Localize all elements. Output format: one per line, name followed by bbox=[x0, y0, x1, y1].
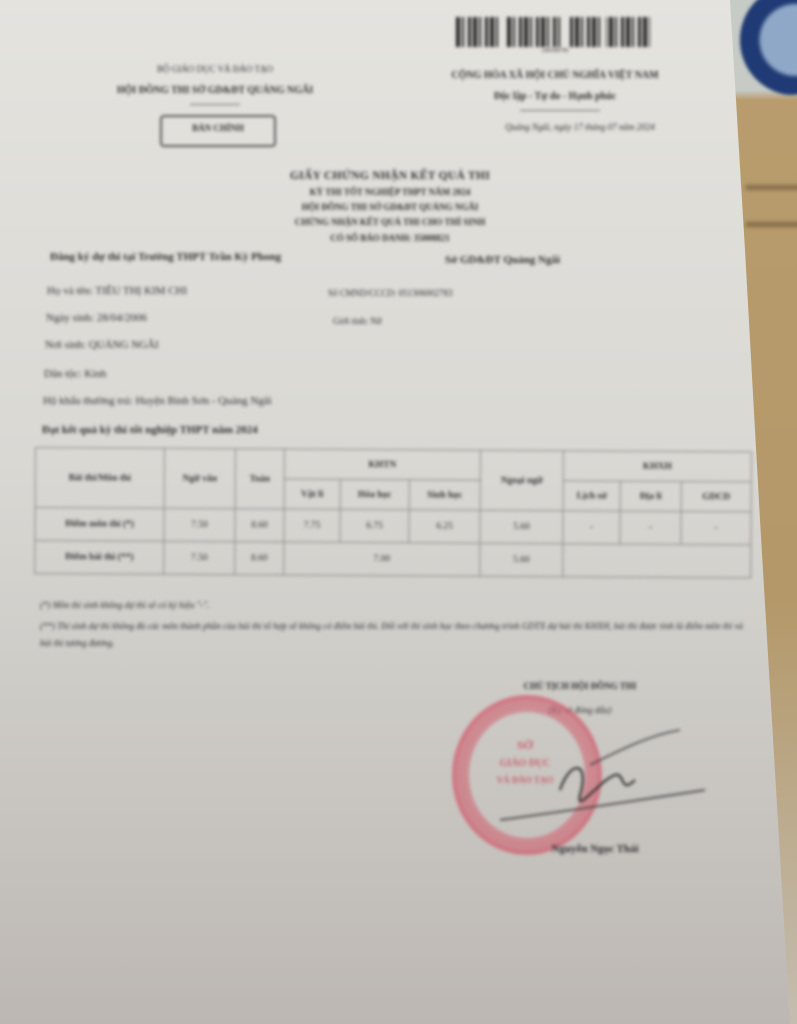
council-name: HỘI ĐỒNG THI SỞ GD&ĐT QUẢNG NGÃI bbox=[55, 85, 375, 96]
divider bbox=[520, 110, 600, 111]
certification-line: CHỨNG NHẬN KẾT QUẢ THI CHO THÍ SINH bbox=[200, 217, 580, 227]
birthplace-field: Nơi sinh: QUẢNG NGÃI bbox=[45, 339, 159, 351]
background-stripe bbox=[745, 222, 797, 227]
history-score: - bbox=[563, 511, 620, 544]
math-score: 8.60 bbox=[235, 509, 284, 542]
civics-score: - bbox=[681, 511, 751, 544]
residence-value: Huyện Bình Sơn - Quảng Ngãi bbox=[135, 395, 271, 407]
header-subject: Bài thi/Môn thi bbox=[35, 448, 164, 509]
header-chemistry: Hóa học bbox=[340, 479, 409, 509]
note-1: (*) Môn thí sinh không dự thi sẽ có ký h… bbox=[40, 600, 209, 610]
header-khxh: KHXH bbox=[563, 451, 751, 482]
registration-authority: Sở GD&ĐT Quảng Ngãi bbox=[445, 254, 560, 266]
note-2: (**) Thí sinh dự thi không đủ các môn th… bbox=[40, 618, 752, 652]
ethnicity-label: Dân tộc: bbox=[44, 368, 82, 380]
background-stripe bbox=[745, 185, 797, 190]
candidate-id-label: Số CMND/CCCD: bbox=[328, 288, 396, 298]
physics-score: 7.75 bbox=[284, 509, 340, 542]
gender-value: Nữ bbox=[370, 316, 381, 326]
handwritten-signature bbox=[440, 720, 720, 840]
nation-name: CỘNG HÒA XÃ HỘI CHỦ NGHĨA VIỆT NAM bbox=[395, 70, 715, 81]
signer-name: Nguyễn Ngọc Thái bbox=[510, 843, 680, 855]
barcode bbox=[456, 17, 650, 47]
exam-name: KỲ THI TỐT NGHIỆP THPT NĂM 2024 bbox=[220, 187, 560, 197]
gender-field: Giới tính: Nữ bbox=[333, 316, 382, 326]
certificate-paper: BỘ GIÁO DỤC VÀ ĐÀO TẠO HỘI ĐỒNG THI SỞ G… bbox=[0, 0, 797, 1024]
header-literature: Ngữ văn bbox=[164, 448, 235, 508]
math-score: 8.60 bbox=[235, 542, 284, 575]
candidate-id-value: 051306002783 bbox=[399, 288, 453, 298]
barcode-caption: 240508796 bbox=[500, 48, 610, 54]
foreign-language-score: 5.60 bbox=[480, 543, 563, 577]
residence-field: Hộ khẩu thường trú: Huyện Bình Sơn - Quả… bbox=[43, 395, 272, 407]
dob-label: Ngày sinh: bbox=[46, 312, 94, 324]
table-row: Điểm môn thi (*) 7.50 8.60 7.75 6.75 6.2… bbox=[35, 508, 751, 545]
dob-value: 28/04/2006 bbox=[97, 312, 147, 324]
khxh-combined-score bbox=[563, 544, 751, 578]
signer-title: CHỦ TỊCH HỘI ĐỒNG THI bbox=[460, 681, 700, 691]
certificate-title: GIẤY CHỨNG NHẬN KẾT QUẢ THI bbox=[220, 170, 560, 182]
results-heading: Đạt kết quả kỳ thi tốt nghiệp THPT năm 2… bbox=[42, 424, 258, 436]
biology-score: 6.25 bbox=[409, 510, 480, 543]
chemistry-score: 6.75 bbox=[340, 509, 409, 542]
header-math: Toán bbox=[235, 449, 284, 509]
candidate-number-line: CÓ SỐ BÁO DANH: 35008821 bbox=[230, 233, 550, 243]
copy-label: BẢN CHÍNH bbox=[160, 123, 276, 133]
foreign-language-score: 5.60 bbox=[480, 510, 563, 544]
ethnicity-value: Kinh bbox=[84, 368, 106, 380]
header-biology: Sinh học bbox=[409, 480, 480, 510]
candidate-name-label: Họ và tên: bbox=[47, 285, 93, 297]
header-history: Lịch sử bbox=[563, 481, 620, 511]
candidate-id-field: Số CMND/CCCD: 051306002783 bbox=[328, 288, 453, 298]
note-2-text: (**) Thí sinh dự thi không đủ các môn th… bbox=[40, 621, 743, 648]
header-physics: Vật lí bbox=[284, 479, 340, 509]
divider bbox=[190, 104, 240, 105]
national-motto: Độc lập - Tự do - Hạnh phúc bbox=[430, 91, 680, 102]
gender-label: Giới tính: bbox=[333, 316, 368, 326]
residence-label: Hộ khẩu thường trú: bbox=[43, 395, 133, 407]
header-khtn: KHTN bbox=[284, 449, 480, 480]
dob-field: Ngày sinh: 28/04/2006 bbox=[46, 312, 147, 324]
khtn-combined-score: 7.00 bbox=[284, 542, 480, 576]
ethnicity-field: Dân tộc: Kinh bbox=[44, 368, 106, 380]
score-table: Bài thi/Môn thi Ngữ văn Toán KHTN Ngoại … bbox=[34, 447, 752, 578]
birthplace-value: QUẢNG NGÃI bbox=[89, 339, 159, 351]
note-2-end: tương đương. bbox=[66, 638, 115, 648]
candidate-name-field: Họ và tên: TIÊU THỊ KIM CHI bbox=[47, 285, 187, 297]
registration-school: Đăng ký dự thi tại Trường THPT Trần Kỳ P… bbox=[50, 251, 281, 263]
literature-score: 7.50 bbox=[164, 508, 235, 541]
place-date: Quảng Ngãi, ngày 17 tháng 07 năm 2024 bbox=[440, 122, 720, 132]
geography-score: - bbox=[620, 511, 681, 544]
row-label: Điểm bài thi (**) bbox=[35, 541, 164, 575]
header-geography: Địa lí bbox=[620, 481, 681, 511]
header-foreign-language: Ngoại ngữ bbox=[480, 450, 563, 511]
ministry-name: BỘ GIÁO DỤC VÀ ĐÀO TẠO bbox=[60, 64, 370, 74]
candidate-name-value: TIÊU THỊ KIM CHI bbox=[95, 285, 187, 297]
literature-score: 7.50 bbox=[164, 541, 235, 574]
birthplace-label: Nơi sinh: bbox=[45, 339, 86, 351]
council-line: HỘI ĐỒNG THI SỞ GD&ĐT QUẢNG NGÃI bbox=[215, 202, 565, 212]
header-civics: GDCD bbox=[681, 481, 751, 511]
table-row: Điểm bài thi (**) 7.50 8.60 7.00 5.60 bbox=[35, 541, 751, 578]
row-label: Điểm môn thi (*) bbox=[35, 508, 164, 542]
